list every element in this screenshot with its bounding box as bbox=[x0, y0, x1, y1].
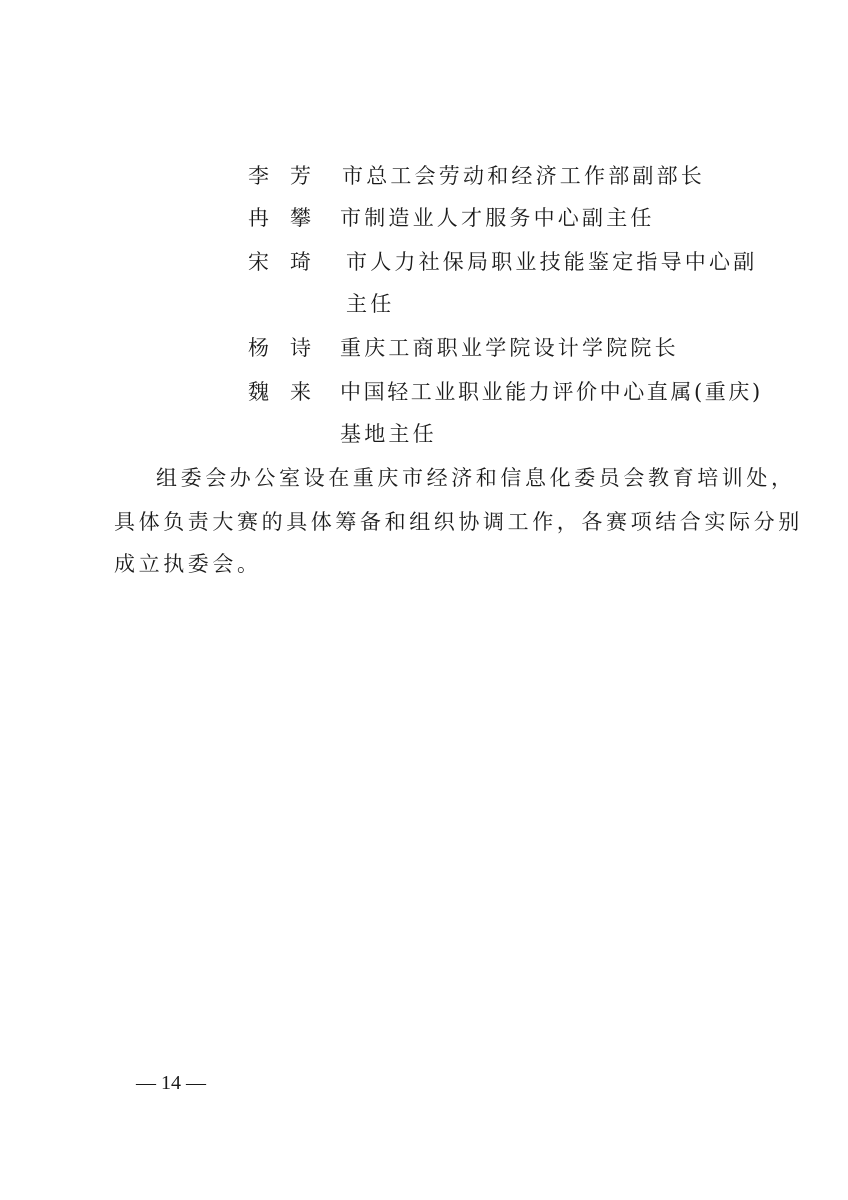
member-title: 重庆工商职业学院设计学院院长 bbox=[340, 334, 679, 362]
page-number: — 14 — bbox=[136, 1072, 206, 1095]
member-name: 冉 攀 bbox=[248, 204, 311, 232]
paragraph-line: 具体负责大赛的具体筹备和组织协调工作，各赛项结合实际分别 bbox=[114, 506, 754, 536]
member-title: 市人力社保局职业技能鉴定指导中心副 bbox=[346, 248, 757, 276]
paragraph-line: 成立执委会。 bbox=[114, 548, 754, 578]
paragraph-line: 组委会办公室设在重庆市经济和信息化委员会教育培训处， bbox=[156, 462, 796, 492]
member-name: 李 芳 bbox=[248, 162, 311, 190]
member-name: 魏 来 bbox=[248, 378, 311, 406]
member-title: 中国轻工业职业能力评价中心直属(重庆) bbox=[340, 378, 763, 406]
member-title-continuation: 基地主任 bbox=[340, 420, 437, 448]
member-title: 市总工会劳动和经济工作部副部长 bbox=[342, 162, 705, 190]
member-name: 杨 诗 bbox=[248, 334, 311, 362]
member-title-continuation: 主任 bbox=[346, 290, 394, 318]
member-name: 宋 琦 bbox=[248, 248, 311, 276]
member-title: 市制造业人才服务中心副主任 bbox=[340, 204, 655, 232]
